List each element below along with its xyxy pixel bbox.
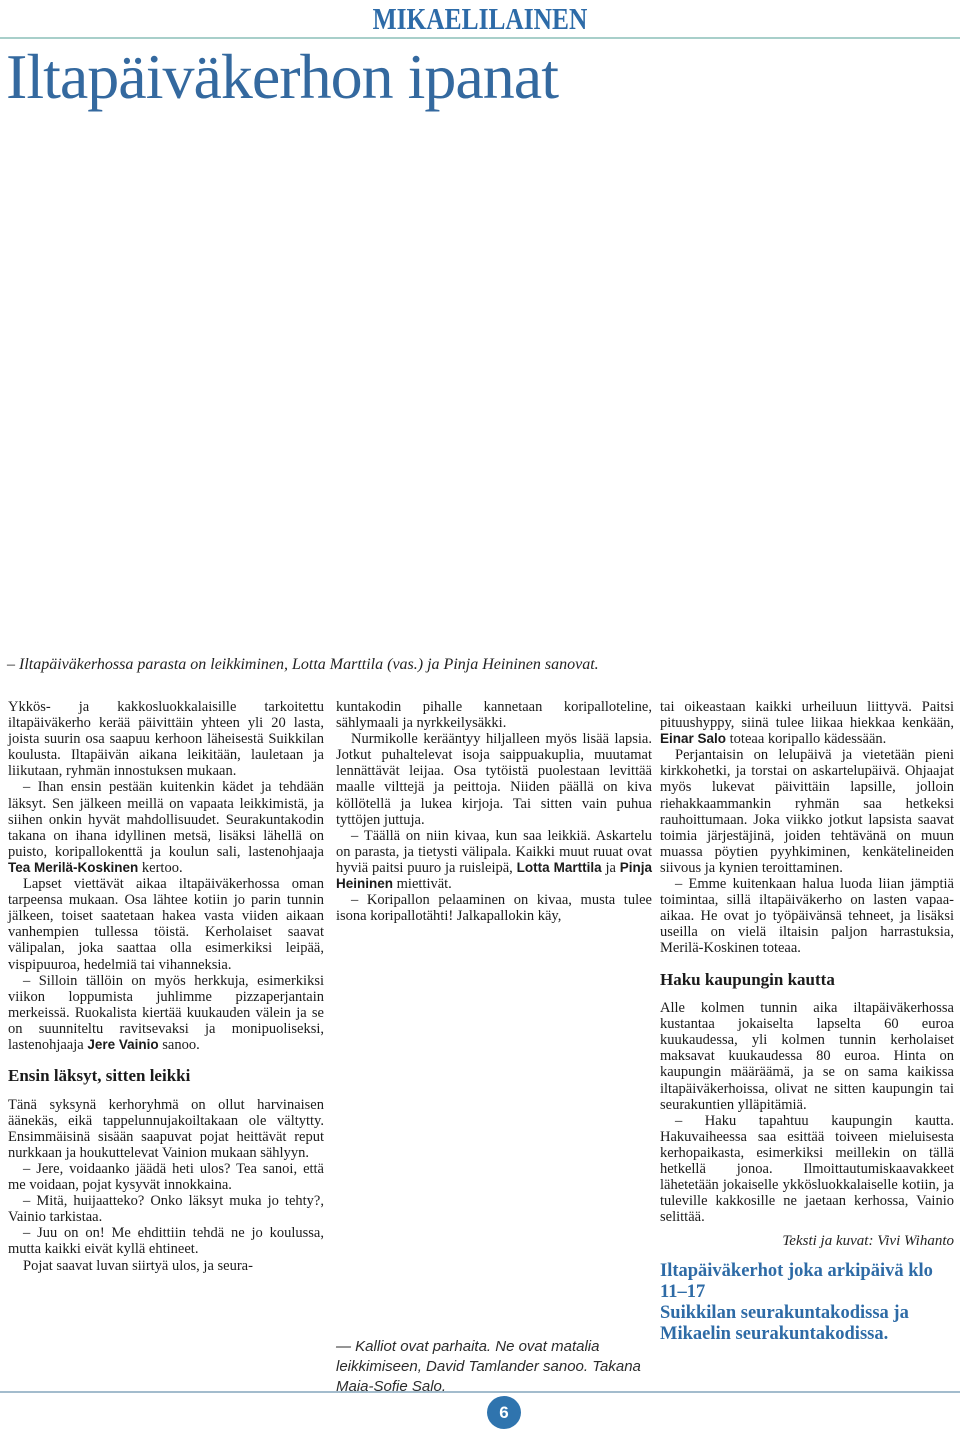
- text-run: toteaa koripallo kädessään.: [726, 731, 886, 747]
- article-column-3: tai oikeastaan kaikki urheiluun liittyvä…: [660, 699, 954, 1345]
- text-run: – Juu on on! Me ehdittiin tehdä ne jo ko…: [8, 1225, 324, 1257]
- paragraph: – Jere, voidaanko jäädä heti ulos? Tea s…: [8, 1161, 324, 1193]
- text-run: sanoo.: [159, 1037, 200, 1053]
- paragraph: Ykkös- ja kakkosluokkalaisille tarkoitet…: [8, 699, 324, 779]
- byline: Teksti ja kuvat: Vivi Wihanto: [660, 1233, 954, 1249]
- paragraph: – Ihan ensin pestään kuitenkin kädet ja …: [8, 779, 324, 876]
- text-run: Tänä syksynä kerhoryhmä on ollut harvina…: [8, 1097, 324, 1161]
- text-run: tai oikeastaan kaikki urheiluun liittyvä…: [660, 699, 954, 731]
- paragraph: Pojat saavat luvan siirtyä ulos, ja seur…: [8, 1258, 324, 1274]
- paragraph: – Silloin tällöin on myös herkkuja, esim…: [8, 973, 324, 1053]
- text-run: kertoo.: [138, 860, 182, 876]
- paragraph: Perjantaisin on lelupäivä ja vietetään p…: [660, 747, 954, 876]
- paragraph: Tänä syksynä kerhoryhmä on ollut harvina…: [8, 1097, 324, 1161]
- text-run: kuntakodin pihalle kannetaan koripallote…: [336, 699, 652, 731]
- paragraph: – Täällä on niin kivaa, kun saa leikkiä.…: [336, 828, 652, 892]
- section-heading: Haku kaupungin kautta: [660, 970, 954, 990]
- text-run: Ensin läksyt, sitten leikki: [8, 1066, 190, 1085]
- text-run: Perjantaisin on lelupäivä ja vietetään p…: [660, 747, 954, 876]
- main-photo-caption: – Iltapäiväkerhossa parasta on leikkimin…: [7, 656, 847, 674]
- text-run: Ykkös- ja kakkosluokkalaisille tarkoitet…: [8, 699, 324, 779]
- paragraph: – Haku tapahtuu kaupungin kautta. Hakuva…: [660, 1113, 954, 1226]
- main-photo: [6, 128, 954, 643]
- paragraph: Alle kolmen tunnin aika iltapäiväkerhoss…: [660, 1000, 954, 1113]
- page-number-badge: 6: [487, 1396, 521, 1429]
- article-column-2: kuntakodin pihalle kannetaan koripallote…: [336, 699, 652, 924]
- info-line: Mikaelin seurakuntakodissa.: [660, 1324, 954, 1345]
- header-divider: [0, 37, 960, 39]
- paragraph: Lapset viettävät aikaa iltapäiväkerhossa…: [8, 876, 324, 973]
- paragraph: tai oikeastaan kaikki urheiluun liittyvä…: [660, 699, 954, 747]
- footer-divider: [0, 1391, 960, 1393]
- info-line: Iltapäiväkerhot joka arkipäivä klo 11–17: [660, 1261, 954, 1303]
- person-name: Einar Salo: [660, 731, 726, 746]
- paragraph: – Mitä, huijaatteko? Onko läksyt muka jo…: [8, 1193, 324, 1225]
- text-run: – Mitä, huijaatteko? Onko läksyt muka jo…: [8, 1193, 324, 1225]
- text-run: Pojat saavat luvan siirtyä ulos, ja seur…: [23, 1258, 253, 1274]
- person-name: Jere Vainio: [87, 1037, 158, 1052]
- paragraph: kuntakodin pihalle kannetaan koripallote…: [336, 699, 652, 731]
- article-headline: Iltapäiväkerhon ipanat: [6, 42, 558, 112]
- page-number: 6: [499, 1403, 508, 1423]
- paragraph: – Koripallon pelaaminen on kivaa, musta …: [336, 892, 652, 924]
- text-run: Alle kolmen tunnin aika iltapäiväkerhoss…: [660, 1000, 954, 1113]
- text-run: Nurmikolle kerääntyy hiljalleen myös lis…: [336, 731, 652, 827]
- paragraph: – Emme kuitenkaan halua luoda liian jämp…: [660, 876, 954, 956]
- text-run: – Haku tapahtuu kaupungin kautta. Hakuva…: [660, 1113, 954, 1226]
- text-run: ja: [602, 860, 620, 876]
- text-run: – Jere, voidaanko jäädä heti ulos? Tea s…: [8, 1161, 324, 1193]
- magazine-page: MIKAELILAINEN Iltapäiväkerhon ipanat – I…: [0, 0, 960, 1429]
- text-run: – Ihan ensin pestään kuitenkin kädet ja …: [8, 779, 324, 859]
- person-name: Tea Merilä-Koskinen: [8, 860, 138, 875]
- article-column-3-text: tai oikeastaan kaikki urheiluun liittyvä…: [660, 699, 954, 1225]
- info-box: Iltapäiväkerhot joka arkipäivä klo 11–17…: [660, 1261, 954, 1345]
- text-run: Lapset viettävät aikaa iltapäiväkerhossa…: [8, 876, 324, 972]
- info-line: Suikkilan seurakuntakodissa ja: [660, 1303, 954, 1324]
- text-run: miettivät.: [393, 876, 452, 892]
- paragraph: – Juu on on! Me ehdittiin tehdä ne jo ko…: [8, 1225, 324, 1257]
- magazine-logo: MIKAELILAINEN: [86, 3, 873, 34]
- section-heading: Ensin läksyt, sitten leikki: [8, 1066, 324, 1086]
- person-name: Lotta Marttila: [517, 860, 602, 875]
- article-column-1: Ykkös- ja kakkosluokkalaisille tarkoitet…: [8, 699, 324, 1274]
- text-run: – Emme kuitenkaan halua luoda liian jämp…: [660, 876, 954, 956]
- secondary-photo-caption: — Kalliot ovat parhaita. Ne ovat matalia…: [336, 1337, 668, 1397]
- text-run: – Koripallon pelaaminen on kivaa, musta …: [336, 892, 652, 924]
- paragraph: Nurmikolle kerääntyy hiljalleen myös lis…: [336, 731, 652, 828]
- text-run: Haku kaupungin kautta: [660, 970, 835, 989]
